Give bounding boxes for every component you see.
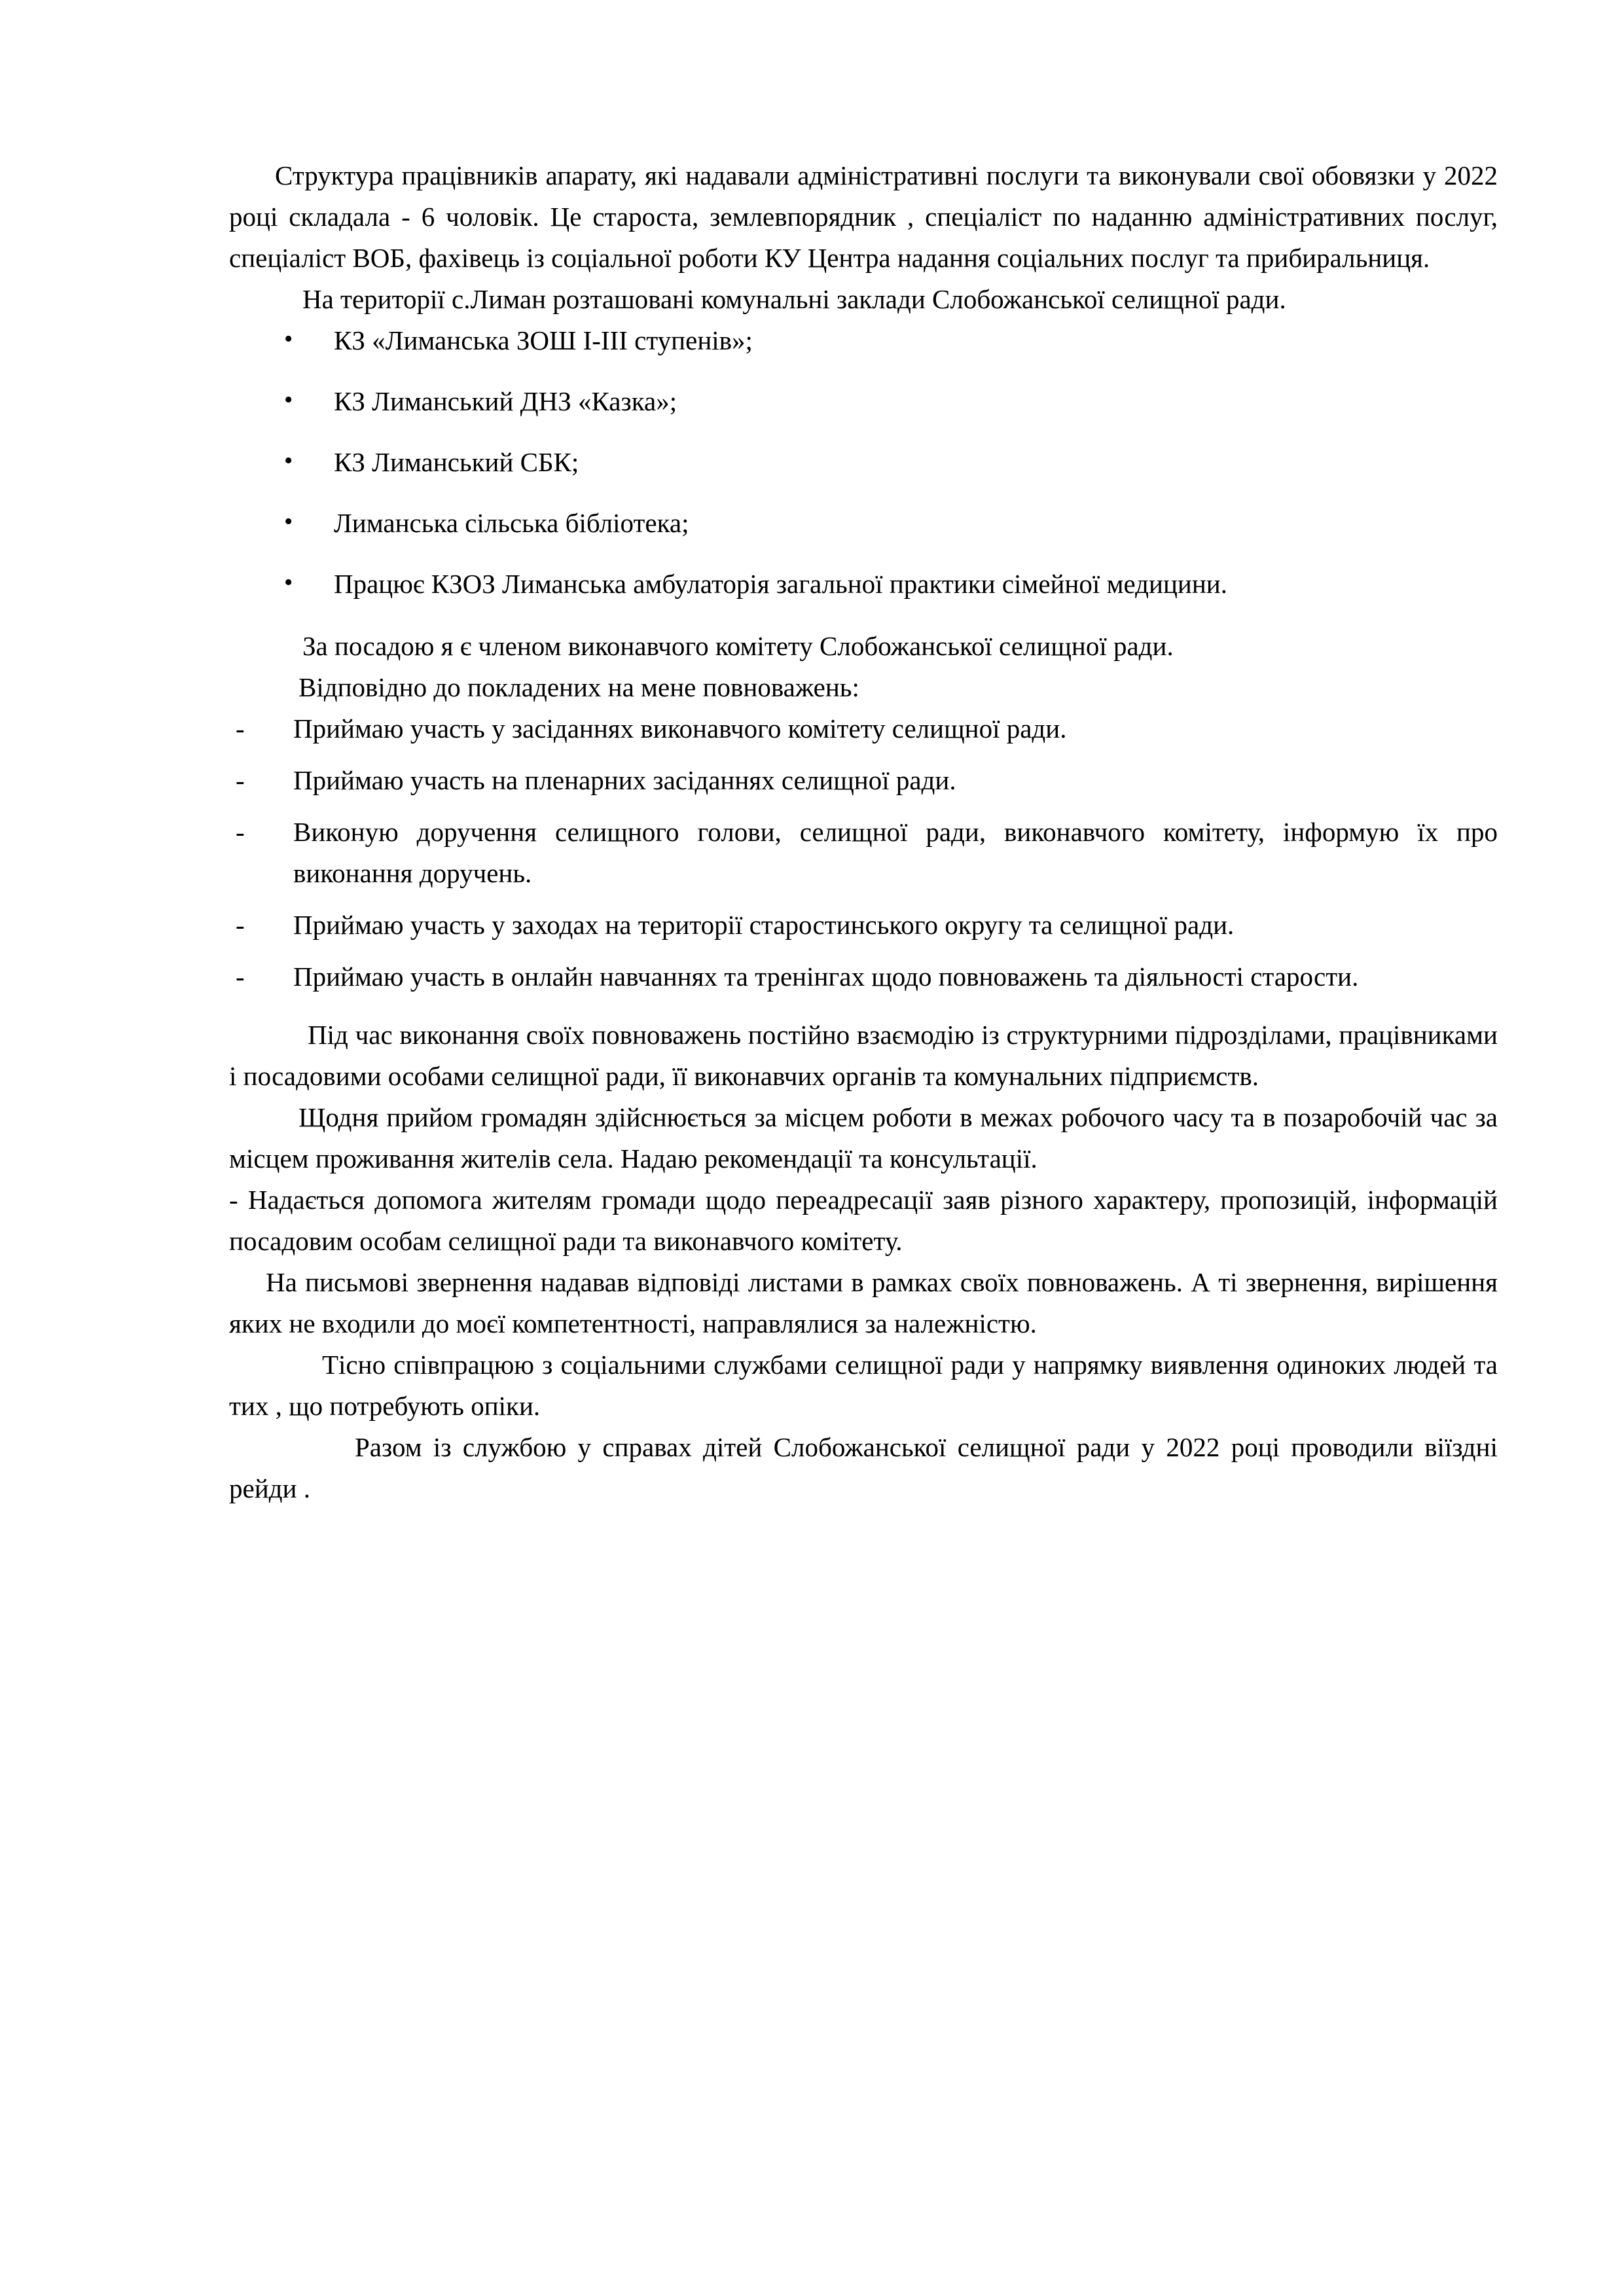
bullet-marker: • <box>284 440 293 482</box>
facility-item: • Працює КЗОЗ Лиманська амбулаторія зага… <box>334 564 1498 605</box>
facility-text: КЗ Лиманський СБК; <box>334 447 579 477</box>
bullet-marker: • <box>284 501 293 543</box>
document-page: Структура працівників апарату, які надав… <box>0 0 1624 2296</box>
paragraph-assistance: - Надається допомога жителям громади щод… <box>229 1179 1498 1262</box>
dash-marker: - <box>236 956 245 997</box>
dash-marker: - <box>236 905 245 946</box>
dash-marker: - <box>236 812 245 853</box>
paragraph-raids: Разом із службою у справах дітей Слобожа… <box>229 1427 1498 1509</box>
facility-item: • КЗ Лиманський СБК; <box>334 442 1498 483</box>
duty-text: Приймаю участь на пленарних засіданнях с… <box>293 765 956 795</box>
paragraph-staff-structure: Структура працівників апарату, які надав… <box>229 155 1498 279</box>
paragraph-duties-intro: Відповідно до покладених на мене повнова… <box>229 667 1498 708</box>
paragraph-territory: На території с.Лиман розташовані комунал… <box>229 279 1498 320</box>
paragraph-letters: На письмові звернення надавав відповіді … <box>229 1262 1498 1344</box>
bullet-marker: • <box>284 380 293 421</box>
facility-item: • Лиманська сільська бібліотека; <box>334 503 1498 544</box>
duty-item: - Приймаю участь у заходах на території … <box>293 905 1498 946</box>
dash-marker: - <box>236 708 245 749</box>
facility-text: КЗ «Лиманська ЗОШ І-ІІІ ступенів»; <box>334 325 753 355</box>
bullet-marker: • <box>284 319 293 360</box>
facility-text: Лиманська сільська бібліотека; <box>334 508 689 538</box>
facility-item: • КЗ Лиманський ДНЗ «Казка»; <box>334 381 1498 422</box>
paragraph-position: За посадою я є членом виконавчого коміте… <box>229 626 1498 667</box>
facilities-list: • КЗ «Лиманська ЗОШ І-ІІІ ступенів»; • К… <box>229 320 1498 605</box>
duty-item: - Приймаю участь на пленарних засіданнях… <box>293 760 1498 801</box>
facility-text: КЗ Лиманський ДНЗ «Казка»; <box>334 386 677 416</box>
facility-item: • КЗ «Лиманська ЗОШ І-ІІІ ступенів»; <box>334 320 1498 361</box>
duty-text: Приймаю участь у заходах на території ст… <box>293 910 1234 940</box>
paragraph-interaction: Під час виконання своїх повноважень пост… <box>229 1014 1498 1097</box>
paragraph-social-services: Тісно співпрацюю з соціальними службами … <box>229 1344 1498 1427</box>
duty-text: Приймаю участь в онлайн навчаннях та тре… <box>293 961 1358 992</box>
dash-marker: - <box>236 760 245 801</box>
duties-list: - Приймаю участь у засіданнях виконавчог… <box>229 708 1498 997</box>
duty-item: - Виконую доручення селищного голови, се… <box>293 812 1498 894</box>
bullet-marker: • <box>284 562 293 603</box>
paragraph-reception: Щодня прийом громадян здійснюється за мі… <box>229 1097 1498 1179</box>
duty-item: - Приймаю участь у засіданнях виконавчог… <box>293 708 1498 749</box>
duty-item: - Приймаю участь в онлайн навчаннях та т… <box>293 956 1498 997</box>
facility-text: Працює КЗОЗ Лиманська амбулаторія загаль… <box>334 569 1227 599</box>
duty-text: Приймаю участь у засіданнях виконавчого … <box>293 713 1066 744</box>
duty-text: Виконую доручення селищного голови, сели… <box>293 817 1498 888</box>
